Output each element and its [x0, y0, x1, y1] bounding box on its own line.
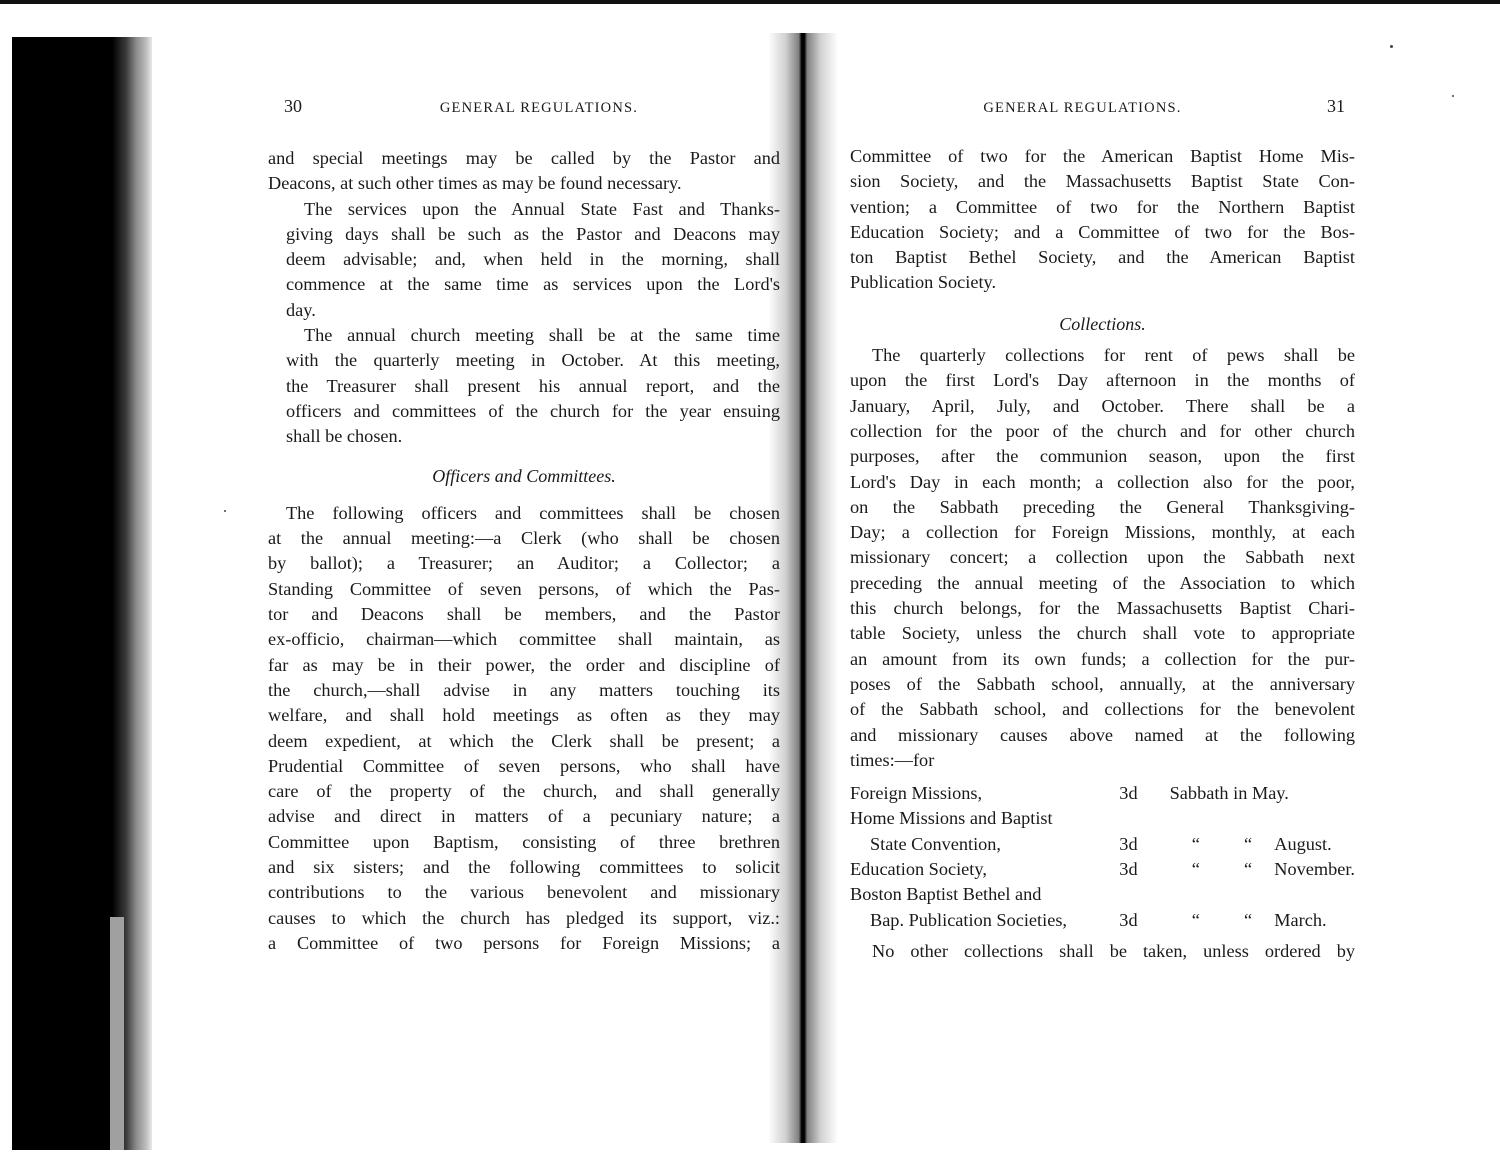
- text-line: No other collections shall be taken, unl…: [850, 939, 1355, 964]
- text-line: missionary concert; a collection upon th…: [850, 545, 1355, 570]
- text-line: January, April, July, and October. There…: [850, 394, 1355, 419]
- right-running-head: GENERAL REGULATIONS. 31: [850, 100, 1355, 124]
- scan-top-border: [0, 0, 1500, 4]
- ditto-mark: “: [1170, 832, 1222, 857]
- text-line: upon the first Lord's Day afternoon in t…: [850, 368, 1355, 393]
- text-line: Committee upon Baptism, consisting of th…: [268, 830, 780, 855]
- text-line: The following officers and committees sh…: [268, 501, 780, 526]
- table-row: Home Missions and Baptist: [850, 806, 1355, 831]
- text-line: causes to which the church has pledged i…: [268, 906, 780, 931]
- table-row: Foreign Missions, 3d Sabbath in May.: [850, 781, 1355, 806]
- text-line: with the quarterly meeting in October. A…: [268, 348, 780, 373]
- right-body-text: Committee of two for the American Baptis…: [850, 144, 1355, 964]
- table-row: Boston Baptist Bethel and: [850, 882, 1355, 907]
- ordinal-cell: 3d: [1119, 857, 1169, 882]
- text-line: shall be chosen.: [268, 424, 780, 449]
- ditto-mark: “: [1222, 832, 1274, 857]
- ordinal-cell: 3d: [1119, 832, 1169, 857]
- table-row: Bap. Publication Societies, 3d “ “ March…: [850, 908, 1355, 933]
- paragraph: The quarterly collections for rent of pe…: [850, 343, 1355, 773]
- in-word: in: [1233, 783, 1247, 803]
- ditto-mark: “: [1170, 908, 1222, 933]
- month-cell: March.: [1274, 908, 1355, 933]
- text-line: advise and direct in matters of a pecuni…: [268, 804, 780, 829]
- month-cell: November.: [1274, 857, 1355, 882]
- text-line: giving days shall be such as the Pastor …: [268, 222, 780, 247]
- text-line: collection for the poor of the church an…: [850, 419, 1355, 444]
- table-row: Education Society, 3d “ “ November.: [850, 857, 1355, 882]
- day-word: Sabbath: [1170, 783, 1229, 803]
- text-line: welfare, and shall hold meetings as ofte…: [268, 703, 780, 728]
- text-line: and missionary causes above named at the…: [850, 723, 1355, 748]
- table-row: State Convention, 3d “ “ August.: [850, 832, 1355, 857]
- ditto-mark: “: [1222, 908, 1274, 933]
- cause-cell: Boston Baptist Bethel and: [850, 882, 1355, 907]
- paragraph: No other collections shall be taken, unl…: [850, 939, 1355, 964]
- text-line: Day; a collection for Foreign Missions, …: [850, 520, 1355, 545]
- running-head-title: GENERAL REGULATIONS.: [850, 100, 1315, 117]
- section-heading-collections: Collections.: [850, 312, 1355, 337]
- cause-cell: State Convention,: [850, 832, 1119, 857]
- text-line: preceding the annual meeting of the Asso…: [850, 571, 1355, 596]
- scan-speck: [1390, 45, 1393, 48]
- text-line: commence at the same time as services up…: [268, 272, 780, 297]
- text-line: vention; a Committee of two for the Nort…: [850, 195, 1355, 220]
- page-number: 31: [1327, 96, 1345, 117]
- scan-speck: [224, 510, 226, 512]
- text-line: at the annual meeting:—a Clerk (who shal…: [268, 526, 780, 551]
- text-line: ex-officio, chairman—which committee sha…: [268, 627, 780, 652]
- text-line: and special meetings may be called by th…: [268, 146, 780, 171]
- text-line: an amount from its own funds; a collecti…: [850, 647, 1355, 672]
- text-line: by ballot); a Treasurer; an Auditor; a C…: [268, 551, 780, 576]
- text-line: of the Sabbath school, and collections f…: [850, 697, 1355, 722]
- ditto-mark: “: [1222, 857, 1274, 882]
- running-head-title: GENERAL REGULATIONS.: [298, 100, 780, 117]
- paragraph: Committee of two for the American Baptis…: [850, 144, 1355, 296]
- text-line: Committee of two for the American Baptis…: [850, 144, 1355, 169]
- scan-speck: [1452, 95, 1454, 97]
- date-cell: Sabbath in May.: [1170, 781, 1355, 806]
- cause-cell: Education Society,: [850, 857, 1119, 882]
- text-line: sion Society, and the Massachusetts Bapt…: [850, 169, 1355, 194]
- paragraph: and special meetings may be called by th…: [268, 146, 780, 197]
- text-line: the church,—shall advise in any matters …: [268, 678, 780, 703]
- collection-schedule-table: Foreign Missions, 3d Sabbath in May. Hom…: [850, 781, 1355, 933]
- ditto-mark: “: [1170, 857, 1222, 882]
- text-line: ton Baptist Bethel Society, and the Amer…: [850, 245, 1355, 270]
- text-line: care of the property of the church, and …: [268, 779, 780, 804]
- text-line: times:—for: [850, 748, 1355, 773]
- month-cell: May.: [1252, 783, 1289, 803]
- text-line: The services upon the Annual State Fast …: [268, 197, 780, 222]
- left-running-head: 30 GENERAL REGULATIONS.: [268, 100, 780, 124]
- text-line: deem expedient, at which the Clerk shall…: [268, 729, 780, 754]
- text-line: The annual church meeting shall be at th…: [268, 323, 780, 348]
- text-line: a Committee of two persons for Foreign M…: [268, 931, 780, 956]
- cause-cell: Foreign Missions,: [850, 781, 1119, 806]
- text-line: Publication Society.: [850, 270, 1355, 295]
- text-line: contributions to the various benevolent …: [268, 880, 780, 905]
- paragraph: The annual church meeting shall be at th…: [268, 323, 780, 449]
- scan-left-edge-shadow: [12, 37, 152, 1150]
- text-line: deem advisable; and, when held in the mo…: [268, 247, 780, 272]
- text-line: and six sisters; and the following commi…: [268, 855, 780, 880]
- text-line: poses of the Sabbath school, annually, a…: [850, 672, 1355, 697]
- text-line: purposes, after the communion season, up…: [850, 444, 1355, 469]
- text-line: Lord's Day in each month; a collection a…: [850, 470, 1355, 495]
- text-line: officers and committees of the church fo…: [268, 399, 780, 424]
- left-body-text: and special meetings may be called by th…: [268, 146, 780, 956]
- month-cell: August.: [1274, 832, 1355, 857]
- text-line: on the Sabbath preceding the General Tha…: [850, 495, 1355, 520]
- section-heading-officers: Officers and Committees.: [268, 464, 780, 489]
- cause-cell: Bap. Publication Societies,: [850, 908, 1119, 933]
- text-line: Prudential Committee of seven persons, w…: [268, 754, 780, 779]
- text-line: this church belongs, for the Massachuset…: [850, 596, 1355, 621]
- cause-cell: Home Missions and Baptist: [850, 806, 1355, 831]
- text-line: tor and Deacons shall be members, and th…: [268, 602, 780, 627]
- text-line: table Society, unless the church shall v…: [850, 621, 1355, 646]
- text-line: Standing Committee of seven persons, of …: [268, 577, 780, 602]
- text-line: The quarterly collections for rent of pe…: [850, 343, 1355, 368]
- paragraph: The services upon the Annual State Fast …: [268, 197, 780, 323]
- text-line: day.: [268, 298, 780, 323]
- text-line: Deacons, at such other times as may be f…: [268, 171, 780, 196]
- ordinal-cell: 3d: [1119, 908, 1169, 933]
- text-line: the Treasurer shall present his annual r…: [268, 374, 780, 399]
- text-line: far as may be in their power, the order …: [268, 653, 780, 678]
- ordinal-cell: 3d: [1119, 781, 1169, 806]
- paragraph: The following officers and committees sh…: [268, 501, 780, 956]
- text-line: Education Society; and a Committee of tw…: [850, 220, 1355, 245]
